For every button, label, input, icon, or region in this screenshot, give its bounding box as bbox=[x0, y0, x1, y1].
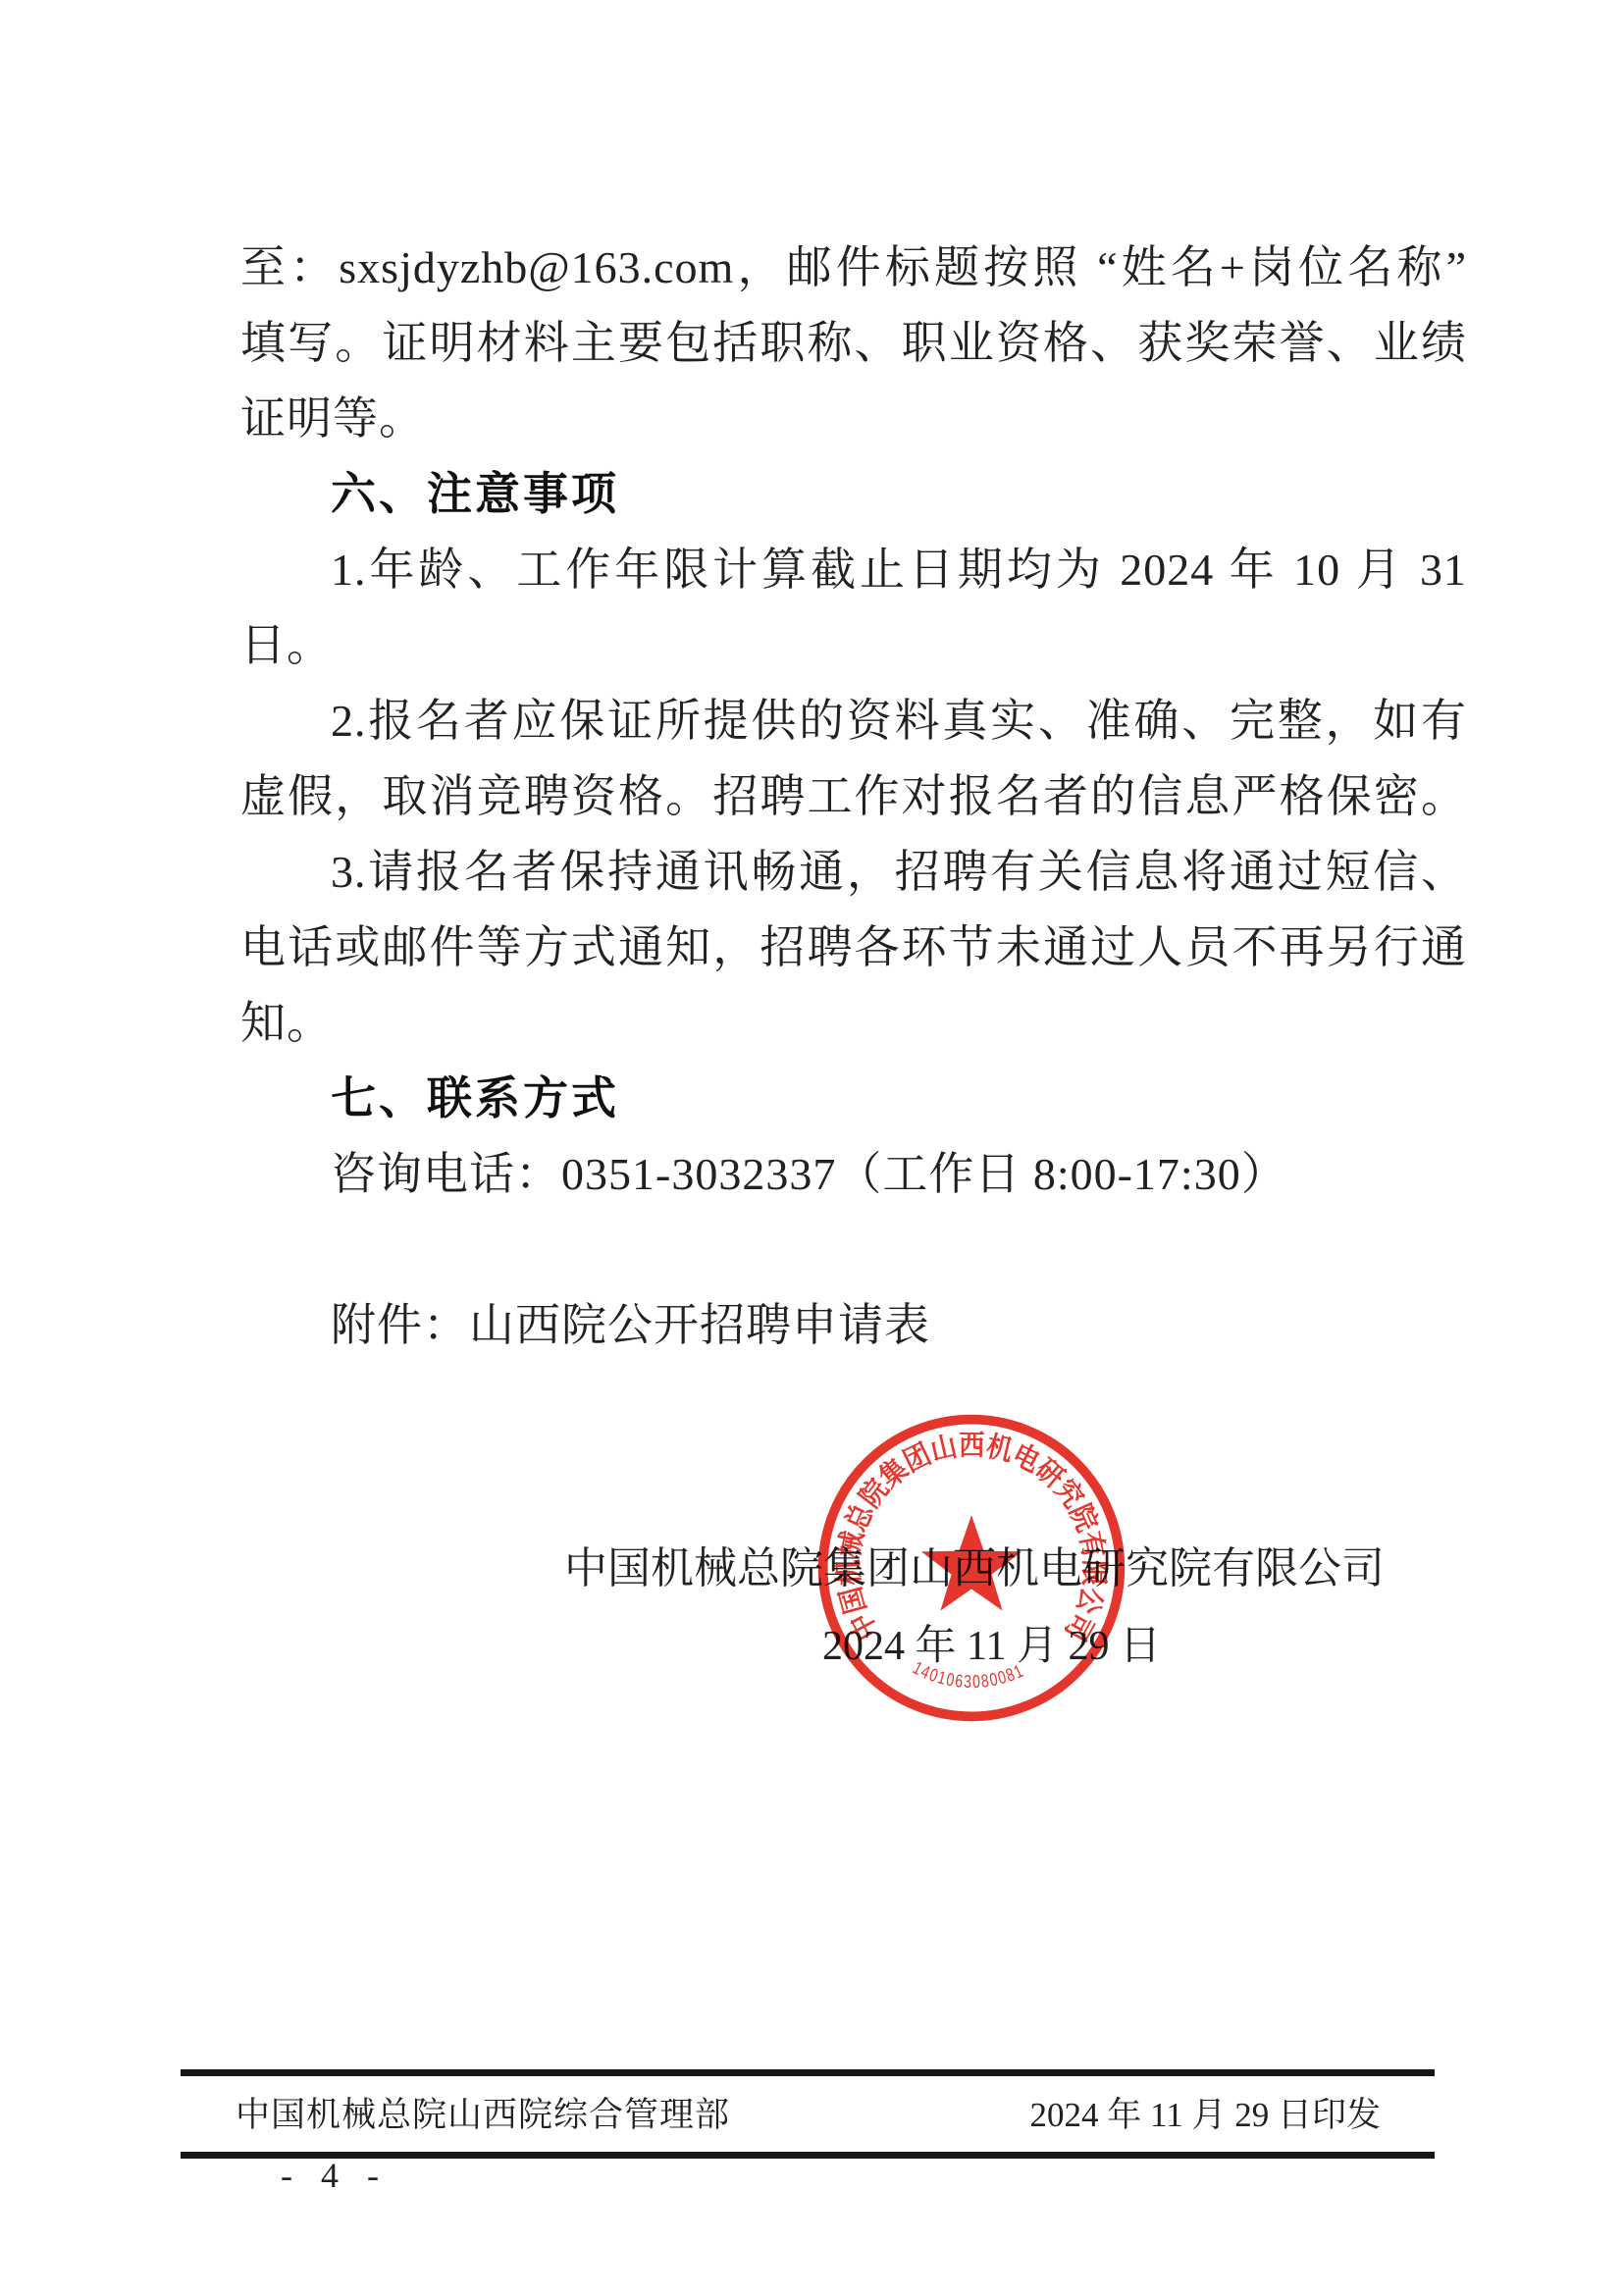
footer-rule-top bbox=[181, 2069, 1435, 2076]
text-line-note-3: 3.请报名者保持通讯畅通，招聘有关信息将通过短信、 bbox=[240, 834, 1467, 910]
text-line-note-3-end: 知。 bbox=[240, 985, 1467, 1061]
seal-number: 1401063080081 bbox=[910, 1657, 1027, 1692]
text-line-note-1-end: 日。 bbox=[240, 607, 1467, 683]
text-line-note-1: 1.年龄、工作年限计算截止日期均为 2024 年 10 月 31 bbox=[240, 532, 1467, 607]
text-line-email: 至：sxsjdyzhb@163.com，邮件标题按照 “姓名+岗位名称” bbox=[240, 230, 1467, 305]
section-heading-contact: 七、联系方式 bbox=[240, 1061, 1467, 1136]
footer-issue-date: 2024 年 11 月 29 日印发 bbox=[1030, 2088, 1381, 2137]
text-line-attachment: 附件：山西院公开招聘申请表 bbox=[240, 1287, 1467, 1363]
text-line-note-3-cont: 电话或邮件等方式通知，招聘各环节未通过人员不再另行通 bbox=[240, 910, 1467, 985]
text-line-proof: 证明等。 bbox=[240, 381, 1467, 456]
section-heading-notes: 六、注意事项 bbox=[240, 456, 1467, 532]
text-line-materials: 填写。证明材料主要包括职称、职业资格、获奖荣誉、业绩 bbox=[240, 305, 1467, 381]
official-seal: 中国机械总院集团山西机电研究院有限公司 1401063080081 bbox=[809, 1405, 1134, 1731]
document-page: 至：sxsjdyzhb@163.com，邮件标题按照 “姓名+岗位名称” 填写。… bbox=[0, 0, 1624, 2295]
text-line-note-2: 2.报名者应保证所提供的资料真实、准确、完整，如有 bbox=[240, 683, 1467, 758]
document-body: 至：sxsjdyzhb@163.com，邮件标题按照 “姓名+岗位名称” 填写。… bbox=[240, 230, 1467, 1363]
text-line-blank bbox=[240, 1212, 1467, 1287]
page-number: - 4 - bbox=[281, 2155, 389, 2196]
footer-department: 中国机械总院山西院综合管理部 bbox=[236, 2088, 730, 2137]
text-line-phone: 咨询电话：0351-3032337（工作日 8:00-17:30） bbox=[240, 1136, 1467, 1212]
text-line-note-2-end: 虚假，取消竞聘资格。招聘工作对报名者的信息严格保密。 bbox=[240, 758, 1467, 834]
seal-star-icon bbox=[921, 1515, 1022, 1610]
